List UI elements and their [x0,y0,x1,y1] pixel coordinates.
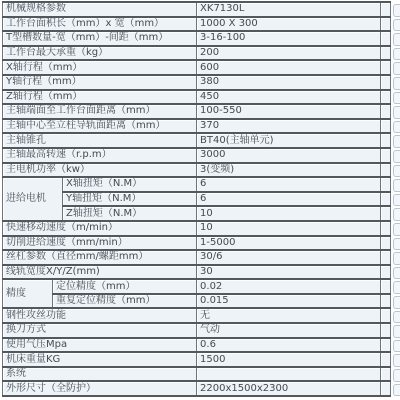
cutoff-cell-fragment [393,33,400,46]
spec-value: 1000 X 300 [197,17,381,32]
spec-value: 380 [197,75,381,90]
spec-label: 使用气压Mpa [3,338,197,353]
spec-value: 0.6 [197,338,381,353]
spec-label: 线轨宽度X/Y/Z(mm) [3,265,197,280]
cutoff-cell-fragment [393,165,400,178]
spec-label: 工作台最大承重（kg） [3,46,197,61]
cutoff-cell-fragment [393,194,400,207]
spec-table-body: 机械规格参数XK7130L工作台面积长（mm）x 宽（mm）1000 X 300… [3,2,391,396]
spec-row: 主轴锥孔BT40(主轴单元) [3,133,391,148]
spec-value: 100-550 [197,104,381,119]
edge-spacer [381,192,391,207]
spec-label: 主电机功率（kw） [3,163,197,178]
spec-row: Y轴行程（mm）380 [3,75,391,90]
spec-label: 主轴端面至工作台面距离（mm） [3,104,197,119]
edge-spacer [381,294,391,309]
edge-spacer [381,46,391,61]
edge-spacer [381,352,391,367]
spec-label: 机械规格参数 [3,2,197,17]
edge-spacer [381,17,391,32]
spec-value: 30 [197,265,381,280]
spec-label: Y轴行程（mm） [3,75,197,90]
spec-row: 钢性攻丝功能无 [3,308,391,323]
spec-label: T型槽数量-宽（mm）-间距（mm） [3,31,197,46]
cutoff-cell-fragment [393,354,400,367]
edge-spacer [381,177,391,192]
spec-value: 6 [197,177,381,192]
edge-spacer [381,75,391,90]
spec-row: 主轴端面至工作台面距离（mm）100-550 [3,104,391,119]
spec-value: 气动 [197,323,381,338]
cutoff-cell-fragment [393,252,400,265]
edge-spacer [381,2,391,17]
spec-row: 重复定位精度（mm）0.015 [3,294,391,309]
spec-sub-label: 定位精度（mm） [53,279,197,294]
spec-value: 600 [197,60,381,75]
spec-row: 外形尺寸（全防护）2200x1500x2300 [3,381,391,396]
spec-row: 使用气压Mpa0.6 [3,338,391,353]
spec-row: 系统 [3,367,391,382]
spec-row: 工作台面积长（mm）x 宽（mm）1000 X 300 [3,17,391,32]
spec-label: 主轴锥孔 [3,133,197,148]
spec-value: 0.015 [197,294,381,309]
edge-spacer [381,308,391,323]
spec-value: 1-5000 [197,236,381,251]
cutoff-cell-fragment [393,296,400,309]
spec-label: X轴行程（mm） [3,60,197,75]
spec-row: T型槽数量-宽（mm）-间距（mm）3-16-100 [3,31,391,46]
spec-value: 6 [197,192,381,207]
edge-spacer [381,381,391,396]
cutoff-cell-fragment [393,267,400,280]
cutoff-cell-fragment [393,340,400,353]
edge-spacer [381,206,391,221]
spec-row: 主轴中心至立柱导轨面距离（mm）370 [3,119,391,134]
cutoff-adjacent-column [393,3,400,397]
spec-row: 主电机功率（kw）3(变频) [3,163,391,178]
spec-label: Z轴行程（mm） [3,90,197,105]
cutoff-cell-fragment [393,106,400,119]
spec-label: 钢性攻丝功能 [3,308,197,323]
spec-row: 快速移动速度（m/min）10 [3,221,391,236]
spec-label: 外形尺寸（全防护） [3,381,197,396]
spec-label: 系统 [3,367,197,382]
spec-row: X轴行程（mm）600 [3,60,391,75]
spec-row: 线轨宽度X/Y/Z(mm)30 [3,265,391,280]
edge-spacer [381,104,391,119]
edge-spacer [381,133,391,148]
group-label: 精度 [3,279,53,308]
spec-row: 主轴最高转速（r.p.m）3000 [3,148,391,163]
group-label: 进给电机 [3,177,63,221]
spec-row: 工作台最大承重（kg）200 [3,46,391,61]
spec-value: 3000 [197,148,381,163]
spec-value: XK7130L [197,2,381,17]
edge-spacer [381,279,391,294]
edge-spacer [381,265,391,280]
cutoff-cell-fragment [393,223,400,236]
edge-spacer [381,90,391,105]
spec-row: 机械规格参数XK7130L [3,2,391,17]
spec-label: 丝杠参数（直径mm/螺距mm） [3,250,197,265]
spec-value: 370 [197,119,381,134]
spec-value: 200 [197,46,381,61]
edge-spacer [381,323,391,338]
spec-value: 10 [197,206,381,221]
cutoff-cell-fragment [393,150,400,163]
spec-sub-label: Z轴扭矩（N.M） [63,206,197,221]
spec-row: 切削进给速度（mm/min）1-5000 [3,236,391,251]
cutoff-cell-fragment [393,4,400,17]
spec-label: 快速移动速度（m/min） [3,221,197,236]
edge-spacer [381,60,391,75]
spec-row: Z轴行程（mm）450 [3,90,391,105]
spec-row: 进给电机X轴扭矩（N.M）6 [3,177,391,192]
cutoff-cell-fragment [393,121,400,134]
cutoff-cell-fragment [393,281,400,294]
spec-value: 2200x1500x2300 [197,381,381,396]
cutoff-cell-fragment [393,384,400,397]
spec-sub-label: 重复定位精度（mm） [53,294,197,309]
spec-value: BT40(主轴单元) [197,133,381,148]
spec-value: 1500 [197,352,381,367]
spec-value [197,367,381,382]
spec-label: 主轴最高转速（r.p.m） [3,148,197,163]
spec-row: 换刀方式气动 [3,323,391,338]
cutoff-cell-fragment [393,19,400,32]
machine-spec-table: 机械规格参数XK7130L工作台面积长（mm）x 宽（mm）1000 X 300… [2,1,391,397]
edge-spacer [381,163,391,178]
spec-sub-label: Y轴扭矩（N.M） [63,192,197,207]
spec-label: 主轴中心至立柱导轨面距离（mm） [3,119,197,134]
cutoff-cell-fragment [393,77,400,90]
spec-label: 切削进给速度（mm/min） [3,236,197,251]
spec-label: 换刀方式 [3,323,197,338]
cutoff-cell-fragment [393,135,400,148]
spec-value: 10 [197,221,381,236]
edge-spacer [381,31,391,46]
cutoff-cell-fragment [393,238,400,251]
cutoff-cell-fragment [393,92,400,105]
spec-row: 机床重量KG1500 [3,352,391,367]
edge-spacer [381,148,391,163]
cutoff-cell-fragment [393,369,400,382]
edge-spacer [381,236,391,251]
cutoff-cell-fragment [393,311,400,324]
cutoff-cell-fragment [393,325,400,338]
cutoff-cell-fragment [393,48,400,61]
spec-value: 0.02 [197,279,381,294]
spec-value: 30/6 [197,250,381,265]
cutoff-cell-fragment [393,62,400,75]
edge-spacer [381,119,391,134]
page: 机械规格参数XK7130L工作台面积长（mm）x 宽（mm）1000 X 300… [0,0,400,400]
cutoff-cell-fragment [393,208,400,221]
edge-spacer [381,338,391,353]
spec-value: 3-16-100 [197,31,381,46]
edge-spacer [381,250,391,265]
spec-value: 450 [197,90,381,105]
edge-spacer [381,221,391,236]
spec-label: 工作台面积长（mm）x 宽（mm） [3,17,197,32]
spec-sub-label: X轴扭矩（N.M） [63,177,197,192]
spec-value: 无 [197,308,381,323]
edge-spacer [381,367,391,382]
spec-label: 机床重量KG [3,352,197,367]
spec-row: 丝杠参数（直径mm/螺距mm）30/6 [3,250,391,265]
spec-value: 3(变频) [197,163,381,178]
spec-row: 精度定位精度（mm）0.02 [3,279,391,294]
cutoff-cell-fragment [393,179,400,192]
